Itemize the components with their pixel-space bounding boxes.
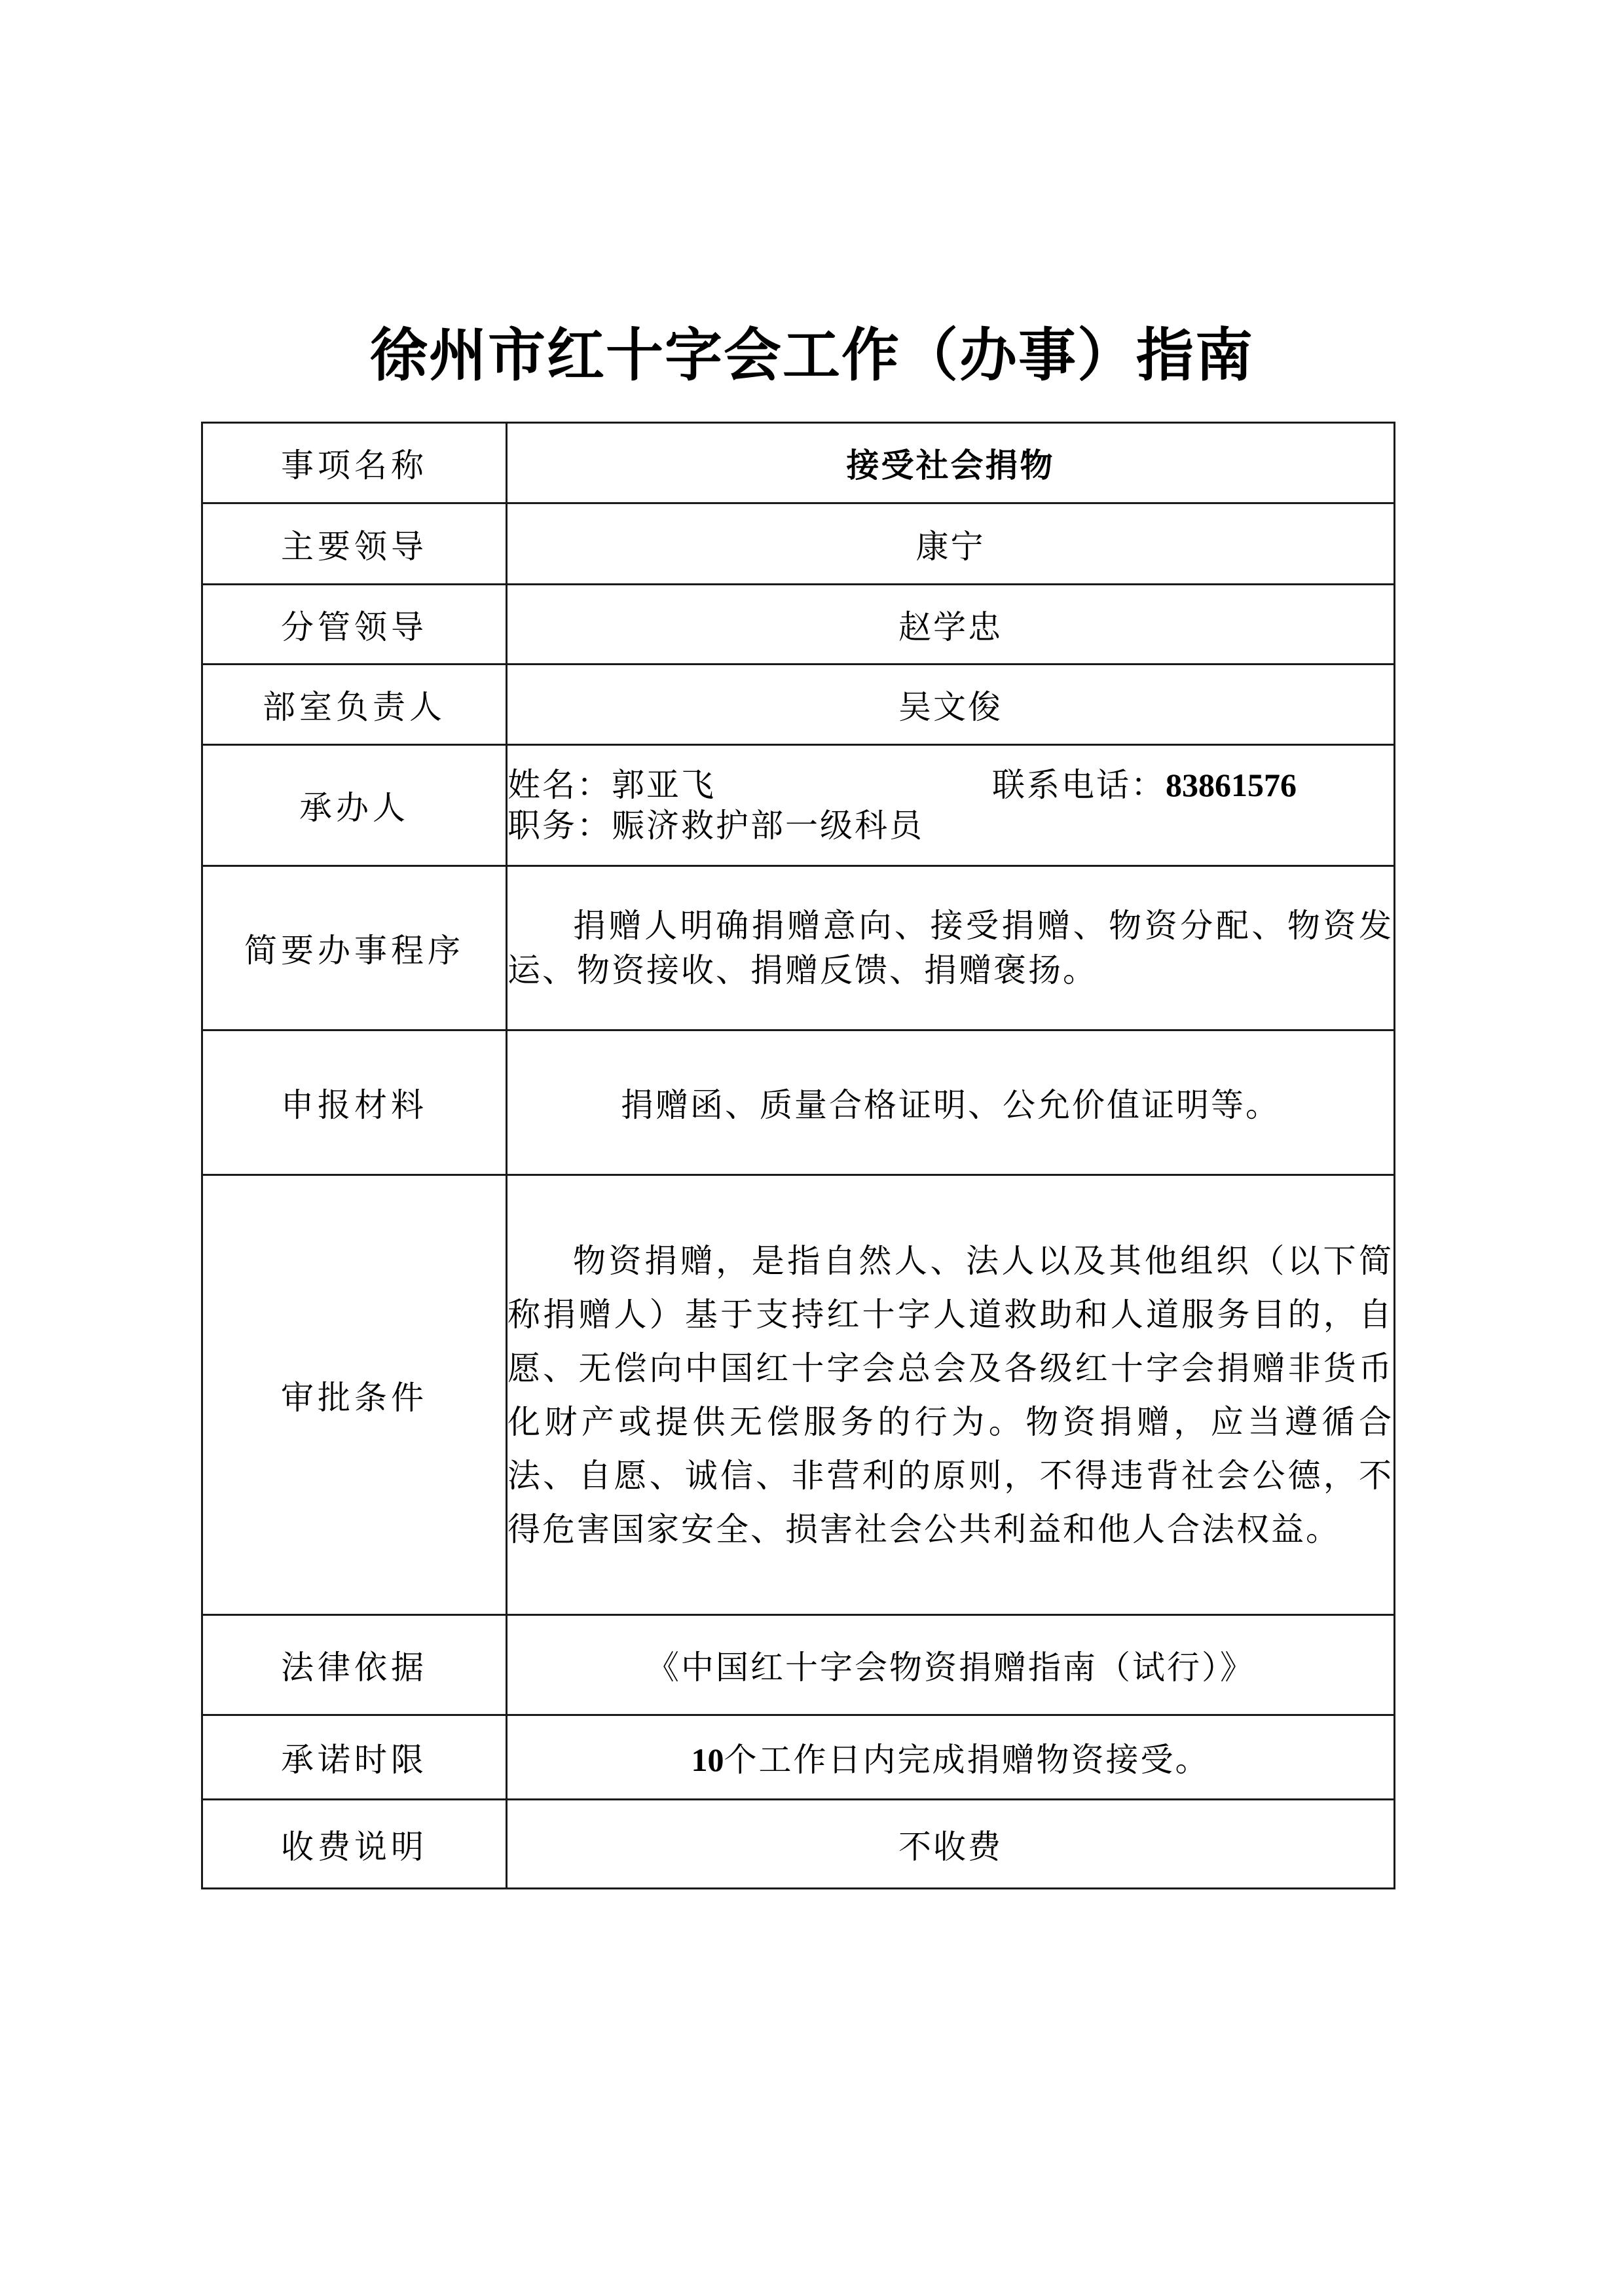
row-label: 申报材料 [202,1030,507,1175]
department-head-value: 吴文俊 [507,665,1395,745]
row-label: 承办人 [202,745,507,866]
fee-value: 不收费 [507,1800,1395,1889]
materials-value: 捐赠函、质量合格证明、公允价值证明等。 [507,1030,1395,1175]
item-name-value: 接受社会捐物 [507,423,1395,503]
row-label: 承诺时限 [202,1715,507,1800]
name-value: 郭亚飞 [612,766,716,804]
row-label: 事项名称 [202,423,507,503]
contractor-line-1: 姓名：郭亚飞 联系电话：83861576 [507,765,1393,805]
procedure-value: 捐赠人明确捐赠意向、接受捐赠、物资分配、物资发运、物资接收、捐赠反馈、捐赠褒扬。 [507,866,1395,1030]
contractor-name: 姓名：郭亚飞 [507,765,992,805]
guide-table: 事项名称 接受社会捐物 主要领导 康宁 分管领导 赵学忠 部室负责人 吴文俊 承… [201,422,1395,1889]
phone-label: 联系电话： [992,766,1166,804]
contractor-info: 姓名：郭亚飞 联系电话：83861576 职务：赈济救护部一级科员 [507,745,1395,866]
page-title: 徐州市红十字会工作（办事）指南 [0,313,1624,398]
table-row: 法律依据 《中国红十字会物资捐赠指南（试行）》 [202,1615,1395,1715]
table-row: 承办人 姓名：郭亚飞 联系电话：83861576 职务：赈济救护部一级科员 [202,745,1395,866]
name-label: 姓名： [507,766,612,804]
time-limit-text: 个工作日内完成捐赠物资接受。 [724,1741,1210,1779]
table-row: 部室负责人 吴文俊 [202,665,1395,745]
table-row: 收费说明 不收费 [202,1800,1395,1889]
row-label: 简要办事程序 [202,866,507,1030]
row-label: 法律依据 [202,1615,507,1715]
row-label: 主要领导 [202,503,507,585]
position-value: 赈济救护部一级科员 [612,807,924,845]
phone-value: 83861576 [1166,767,1297,803]
table-row: 承诺时限 10个工作日内完成捐赠物资接受。 [202,1715,1395,1800]
approval-conditions-value: 物资捐赠，是指自然人、法人以及其他组织（以下简称捐赠人）基于支持红十字人道救助和… [507,1175,1395,1615]
deputy-leader-value: 赵学忠 [507,585,1395,665]
time-limit-value: 10个工作日内完成捐赠物资接受。 [507,1715,1395,1800]
row-label: 部室负责人 [202,665,507,745]
legal-basis-value: 《中国红十字会物资捐赠指南（试行）》 [507,1615,1395,1715]
contractor-line-2: 职务：赈济救护部一级科员 [507,805,1393,846]
position-label: 职务： [507,807,612,845]
time-limit-number: 10 [692,1741,724,1778]
table-row: 主要领导 康宁 [202,503,1395,585]
table-row: 简要办事程序 捐赠人明确捐赠意向、接受捐赠、物资分配、物资发运、物资接收、捐赠反… [202,866,1395,1030]
main-leader-value: 康宁 [507,503,1395,585]
table-row: 审批条件 物资捐赠，是指自然人、法人以及其他组织（以下简称捐赠人）基于支持红十字… [202,1175,1395,1615]
row-label: 分管领导 [202,585,507,665]
contractor-phone: 联系电话：83861576 [992,765,1297,805]
table-row: 事项名称 接受社会捐物 [202,423,1395,503]
row-label: 审批条件 [202,1175,507,1615]
row-label: 收费说明 [202,1800,507,1889]
table-row: 申报材料 捐赠函、质量合格证明、公允价值证明等。 [202,1030,1395,1175]
table-row: 分管领导 赵学忠 [202,585,1395,665]
